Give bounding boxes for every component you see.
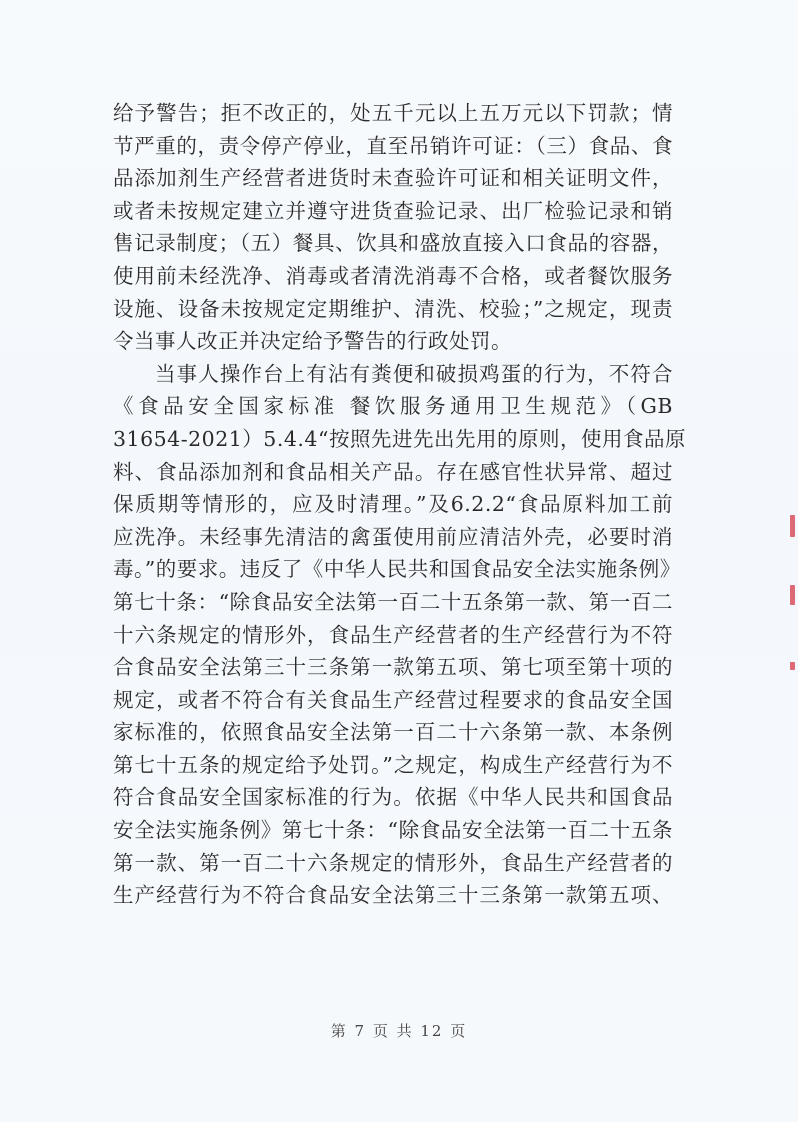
text-line: 毒。”的要求。违反了《中华人民共和国食品安全法实施条例》 bbox=[113, 553, 673, 586]
text-line: 给予警告；拒不改正的，处五千元以上五万元以下罚款；情 bbox=[113, 97, 673, 130]
text-line: 应洗净。未经事先清洁的禽蛋使用前应清洁外壳，必要时消 bbox=[113, 521, 673, 554]
text-line: 第七十条：“除食品安全法第一百二十五条第一款、第一百二 bbox=[113, 586, 673, 619]
text-line: 第七十五条的规定给予处罚。”之规定，构成生产经营行为不 bbox=[113, 749, 673, 782]
text-line: 售记录制度；（五）餐具、饮具和盛放直接入口食品的容器， bbox=[113, 227, 673, 260]
text-line: 使用前未经洗净、消毒或者清洗消毒不合格，或者餐饮服务 bbox=[113, 260, 673, 293]
text-line: 规定，或者不符合有关食品生产经营过程要求的食品安全国 bbox=[113, 684, 673, 717]
text-line: 生产经营行为不符合食品安全法第三十三条第一款第五项、 bbox=[113, 879, 673, 912]
text-line: 品添加剂生产经营者进货时未查验许可证和相关证明文件， bbox=[113, 162, 673, 195]
text-line: 料、食品添加剂和食品相关产品。存在感官性状异常、超过 bbox=[113, 456, 673, 489]
seal-fragment-icon bbox=[790, 662, 795, 670]
text-line: 设施、设备未按规定定期维护、清洗、校验；”之规定，现责 bbox=[113, 293, 673, 326]
text-line: 十六条规定的情形外，食品生产经营者的生产经营行为不符 bbox=[113, 619, 673, 652]
text-line: 节严重的，责令停产停业，直至吊销许可证：（三）食品、食 bbox=[113, 130, 673, 163]
text-line: 家标准的，依照食品安全法第一百二十六条第一款、本条例 bbox=[113, 716, 673, 749]
text-line: 31654-2021）5.4.4“按照先进先出先用的原则，使用食品原 bbox=[113, 423, 673, 456]
body-text: 给予警告；拒不改正的，处五千元以上五万元以下罚款；情 节严重的，责令停产停业，直… bbox=[113, 97, 673, 912]
text-line: 符合食品安全国家标准的行为。依据《中华人民共和国食品 bbox=[113, 781, 673, 814]
paragraph-2: 当事人操作台上有沾有粪便和破损鸡蛋的行为，不符合 《食品安全国家标准 餐饮服务通… bbox=[113, 358, 673, 912]
seal-fragment-icon bbox=[790, 515, 795, 537]
text-line: 当事人操作台上有沾有粪便和破损鸡蛋的行为，不符合 bbox=[113, 358, 673, 391]
text-line: 保质期等情形的，应及时清理。”及6.2.2“食品原料加工前 bbox=[113, 488, 673, 521]
paragraph-1: 给予警告；拒不改正的，处五千元以上五万元以下罚款；情 节严重的，责令停产停业，直… bbox=[113, 97, 673, 358]
text-line: 安全法实施条例》第七十条：“除食品安全法第一百二十五条 bbox=[113, 814, 673, 847]
page-number: 第 7 页 共 12 页 bbox=[0, 1020, 798, 1041]
text-line: 合食品安全法第三十三条第一款第五项、第七项至第十项的 bbox=[113, 651, 673, 684]
text-line: 令当事人改正并决定给予警告的行政处罚。 bbox=[113, 325, 673, 358]
document-page: 给予警告；拒不改正的，处五千元以上五万元以下罚款；情 节严重的，责令停产停业，直… bbox=[0, 0, 798, 1122]
text-line: 或者未按规定建立并遵守进货查验记录、出厂检验记录和销 bbox=[113, 195, 673, 228]
seal-fragment-icon bbox=[790, 585, 795, 605]
text-line: 《食品安全国家标准 餐饮服务通用卫生规范》（GB bbox=[113, 390, 673, 423]
text-line: 第一款、第一百二十六条规定的情形外，食品生产经营者的 bbox=[113, 847, 673, 880]
